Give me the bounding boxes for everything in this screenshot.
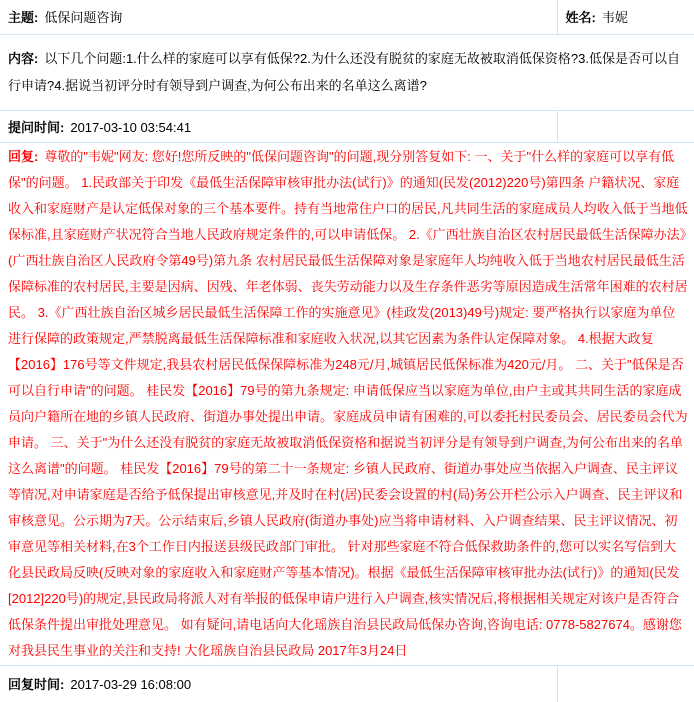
reply-cell: 回复:尊敬的"韦妮"网友: 您好!您所反映的"低保问题咨询"的问题,现分别答复如…	[0, 142, 694, 665]
reply-time-label: 回复时间:	[8, 677, 64, 692]
reply-label: 回复:	[8, 149, 38, 164]
subject-row: 主题:低保问题咨询 姓名:韦妮	[0, 0, 694, 34]
reply-time-value: 2017-03-29 16:08:00	[70, 677, 191, 692]
content-row: 内容:以下几个问题:1.什么样的家庭可以享有低保?2.为什么还没有脱贫的家庭无故…	[0, 34, 694, 110]
ask-time-row: 提问时间:2017-03-10 03:54:41	[0, 110, 694, 142]
reply-row: 回复:尊敬的"韦妮"网友: 您好!您所反映的"低保问题咨询"的问题,现分别答复如…	[0, 142, 694, 665]
reply-time-row: 回复时间:2017-03-29 16:08:00	[0, 665, 694, 702]
content-cell: 内容:以下几个问题:1.什么样的家庭可以享有低保?2.为什么还没有脱贫的家庭无故…	[0, 34, 694, 110]
name-cell: 姓名:韦妮	[557, 0, 694, 34]
content-text: 以下几个问题:1.什么样的家庭可以享有低保?2.为什么还没有脱贫的家庭无故被取消…	[8, 51, 680, 93]
reply-time-cell: 回复时间:2017-03-29 16:08:00	[0, 665, 557, 702]
ask-time-label: 提问时间:	[8, 120, 64, 135]
content-label: 内容:	[8, 51, 38, 66]
subject-cell: 主题:低保问题咨询	[0, 0, 557, 34]
inquiry-detail-table: 主题:低保问题咨询 姓名:韦妮 内容:以下几个问题:1.什么样的家庭可以享有低保…	[0, 0, 694, 702]
subject-value: 低保问题咨询	[44, 10, 122, 25]
ask-time-value: 2017-03-10 03:54:41	[70, 120, 191, 135]
subject-label: 主题:	[8, 10, 38, 25]
reply-time-spacer-cell	[557, 665, 694, 702]
reply-text: 尊敬的"韦妮"网友: 您好!您所反映的"低保问题咨询"的问题,现分别答复如下: …	[8, 149, 688, 658]
ask-time-spacer-cell	[557, 110, 694, 142]
ask-time-cell: 提问时间:2017-03-10 03:54:41	[0, 110, 557, 142]
name-label: 姓名:	[566, 10, 596, 25]
name-value: 韦妮	[602, 10, 628, 25]
